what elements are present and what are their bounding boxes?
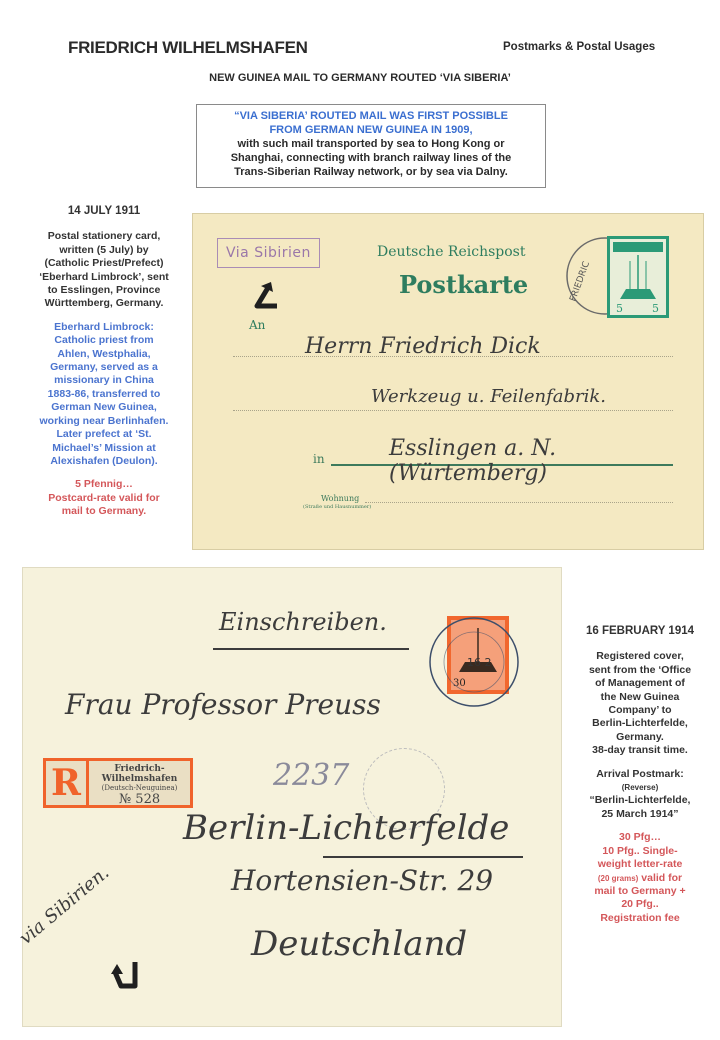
arrival-postmark: Arrival Postmark: (Reverse) “Berlin-Lich… (570, 768, 710, 822)
item1-date: 14 JULY 1911 (22, 205, 186, 218)
page-heading: NEW GUINEA MAIL TO GERMANY ROUTED ‘VIA S… (0, 72, 720, 84)
einschreiben-note: Einschreiben. (219, 608, 387, 636)
imprinted-stamp-green: 5 5 (607, 236, 669, 318)
registration-region: (Deutsch-Neuguinea) (89, 784, 190, 792)
item1-rate: 5 Pfennig… Postcard-rate valid for mail … (22, 478, 186, 518)
info-line-4: Shanghai, connecting with branch railway… (197, 151, 545, 165)
address-line-3: Hortensien-Str. 29 (231, 864, 493, 897)
registration-number: № 528 (89, 792, 190, 807)
registration-letter: R (46, 761, 89, 805)
item1-biography: Eberhard Limbrock: Catholic priest from … (22, 321, 186, 468)
registration-office: Friedrich-Wilhelmshafen (89, 764, 190, 784)
wohnung-label: Wohnung (321, 494, 359, 503)
item1-description: Postal stationery card, written (5 July)… (22, 230, 186, 310)
postcard-image: Via Sibirien Deutsche Reichspost Postkar… (192, 213, 704, 550)
item2-date: 16 FEBRUARY 1914 (570, 625, 710, 638)
info-line-5: Trans-Siberian Railway network, or by se… (197, 165, 545, 179)
wohnung-sublabel: (Straße und Hausnummer) (303, 504, 371, 510)
arrow-annotation-icon (247, 278, 283, 314)
address-line-1: Herrn Friedrich Dick (305, 334, 541, 359)
in-label: in (313, 452, 325, 466)
via-sibirien-handwritten: via Sibirien. (16, 862, 114, 949)
item1-caption: 14 JULY 1911 Postal stationery card, wri… (22, 205, 186, 519)
info-line-3: with such mail transported by sea to Hon… (197, 137, 545, 151)
item2-description: Registered cover, sent from the ‘Office … (570, 650, 710, 757)
page-title: FRIEDRICH WILHELMSHAFEN (68, 38, 308, 58)
arrow-annotation-icon (111, 958, 143, 994)
svg-text:16 2: 16 2 (467, 656, 492, 669)
address-line-1: Frau Professor Preuss (65, 688, 381, 721)
address-line-4: Deutschland (251, 924, 467, 964)
address-line-2: Berlin-Lichterfelde (183, 808, 509, 848)
via-sibirien-cachet: Via Sibirien (217, 238, 320, 268)
info-line-1: “VIA SIBERIA’ ROUTED MAIL WAS FIRST POSS… (197, 109, 545, 123)
registration-number-note: 2237 (273, 758, 349, 793)
address-line-2: Werkzeug u. Feilenfabrik. (371, 386, 606, 407)
postmark-icon: 16 2 (419, 612, 529, 722)
registration-label: R Friedrich-Wilhelmshafen (Deutsch-Neugu… (43, 758, 193, 808)
address-line-3: Esslingen a. N. (Würtemberg) (389, 436, 703, 486)
printed-title: Postkarte (399, 270, 528, 299)
item2-rate: 30 Pfg… 10 Pfg.. Single- weight letter-r… (570, 831, 710, 925)
an-label: An (249, 318, 265, 332)
svg-text:5: 5 (616, 302, 623, 315)
svg-text:FRIEDRIC: FRIEDRIC (568, 260, 592, 303)
svg-text:5: 5 (652, 302, 659, 315)
info-line-2: FROM GERMAN NEW GUINEA IN 1909, (197, 123, 545, 137)
printed-header: Deutsche Reichspost (377, 244, 525, 260)
item2-caption: 16 FEBRUARY 1914 Registered cover, sent … (570, 625, 710, 925)
info-box: “VIA SIBERIA’ ROUTED MAIL WAS FIRST POSS… (196, 104, 546, 188)
cover-image: Einschreiben. Frau Professor Preuss 2237… (22, 567, 562, 1027)
section-label: Postmarks & Postal Usages (503, 41, 655, 53)
